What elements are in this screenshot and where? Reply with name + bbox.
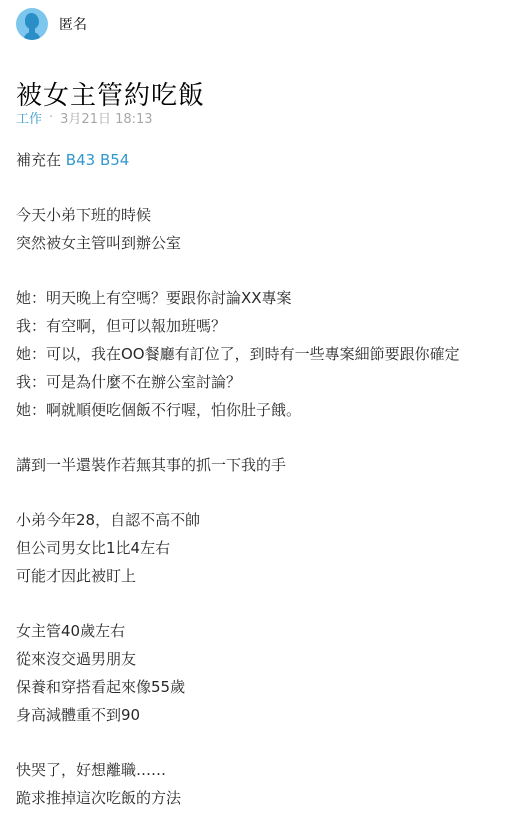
content-line: 她：啊就順便吃個飯不行喔，怕你肚子餓。 [16, 396, 460, 424]
content-line: 突然被女主管叫到辦公室 [16, 229, 460, 257]
content-line: 女主管40歲左右 [16, 617, 460, 645]
content-line: 從來沒交過男朋友 [16, 645, 460, 673]
content-line: 可能才因此被盯上 [16, 562, 460, 590]
content-line: 身高減體重不到90 [16, 701, 460, 729]
content-line: 我：有空啊，但可以報加班嗎？ [16, 312, 460, 340]
post-meta: 工作 · 3月21日 18:13 [16, 108, 153, 127]
content-line: 她：明天晚上有空嗎？要跟你討論XX專案 [16, 284, 460, 312]
content-line: 小弟今年28，自認不高不帥 [16, 506, 460, 534]
content-line: 快哭了，好想離職…… [16, 756, 460, 784]
meta-separator: · [49, 110, 53, 125]
category-link[interactable]: 工作 [16, 108, 42, 127]
content-line: 她：可以，我在OO餐廳有訂位了，到時有一些專案細節要跟你確定 [16, 340, 460, 368]
supplement-line: 補充在 B43 B54 [16, 146, 460, 174]
floor-link-b54[interactable]: B54 [100, 151, 129, 169]
post-title: 被女主管約吃飯 [16, 75, 205, 112]
post-content: 補充在 B43 B54 今天小弟下班的時候 突然被女主管叫到辦公室 她：明天晚上… [16, 146, 460, 812]
content-line: 跪求推掉這次吃飯的方法 [16, 784, 460, 812]
content-line: 今天小弟下班的時候 [16, 201, 460, 229]
anonymous-avatar-icon[interactable] [16, 8, 48, 40]
content-line: 講到一半還裝作若無其事的抓一下我的手 [16, 451, 460, 479]
content-line: 我：可是為什麼不在辦公室討論？ [16, 368, 460, 396]
post-date: 3月21日 18:13 [60, 108, 152, 127]
content-line: 保養和穿搭看起來像55歲 [16, 673, 460, 701]
floor-link-b43[interactable]: B43 [66, 151, 95, 169]
content-line: 但公司男女比1比4左右 [16, 534, 460, 562]
author-name: 匿名 [59, 14, 87, 34]
post-author: 匿名 [16, 8, 87, 40]
